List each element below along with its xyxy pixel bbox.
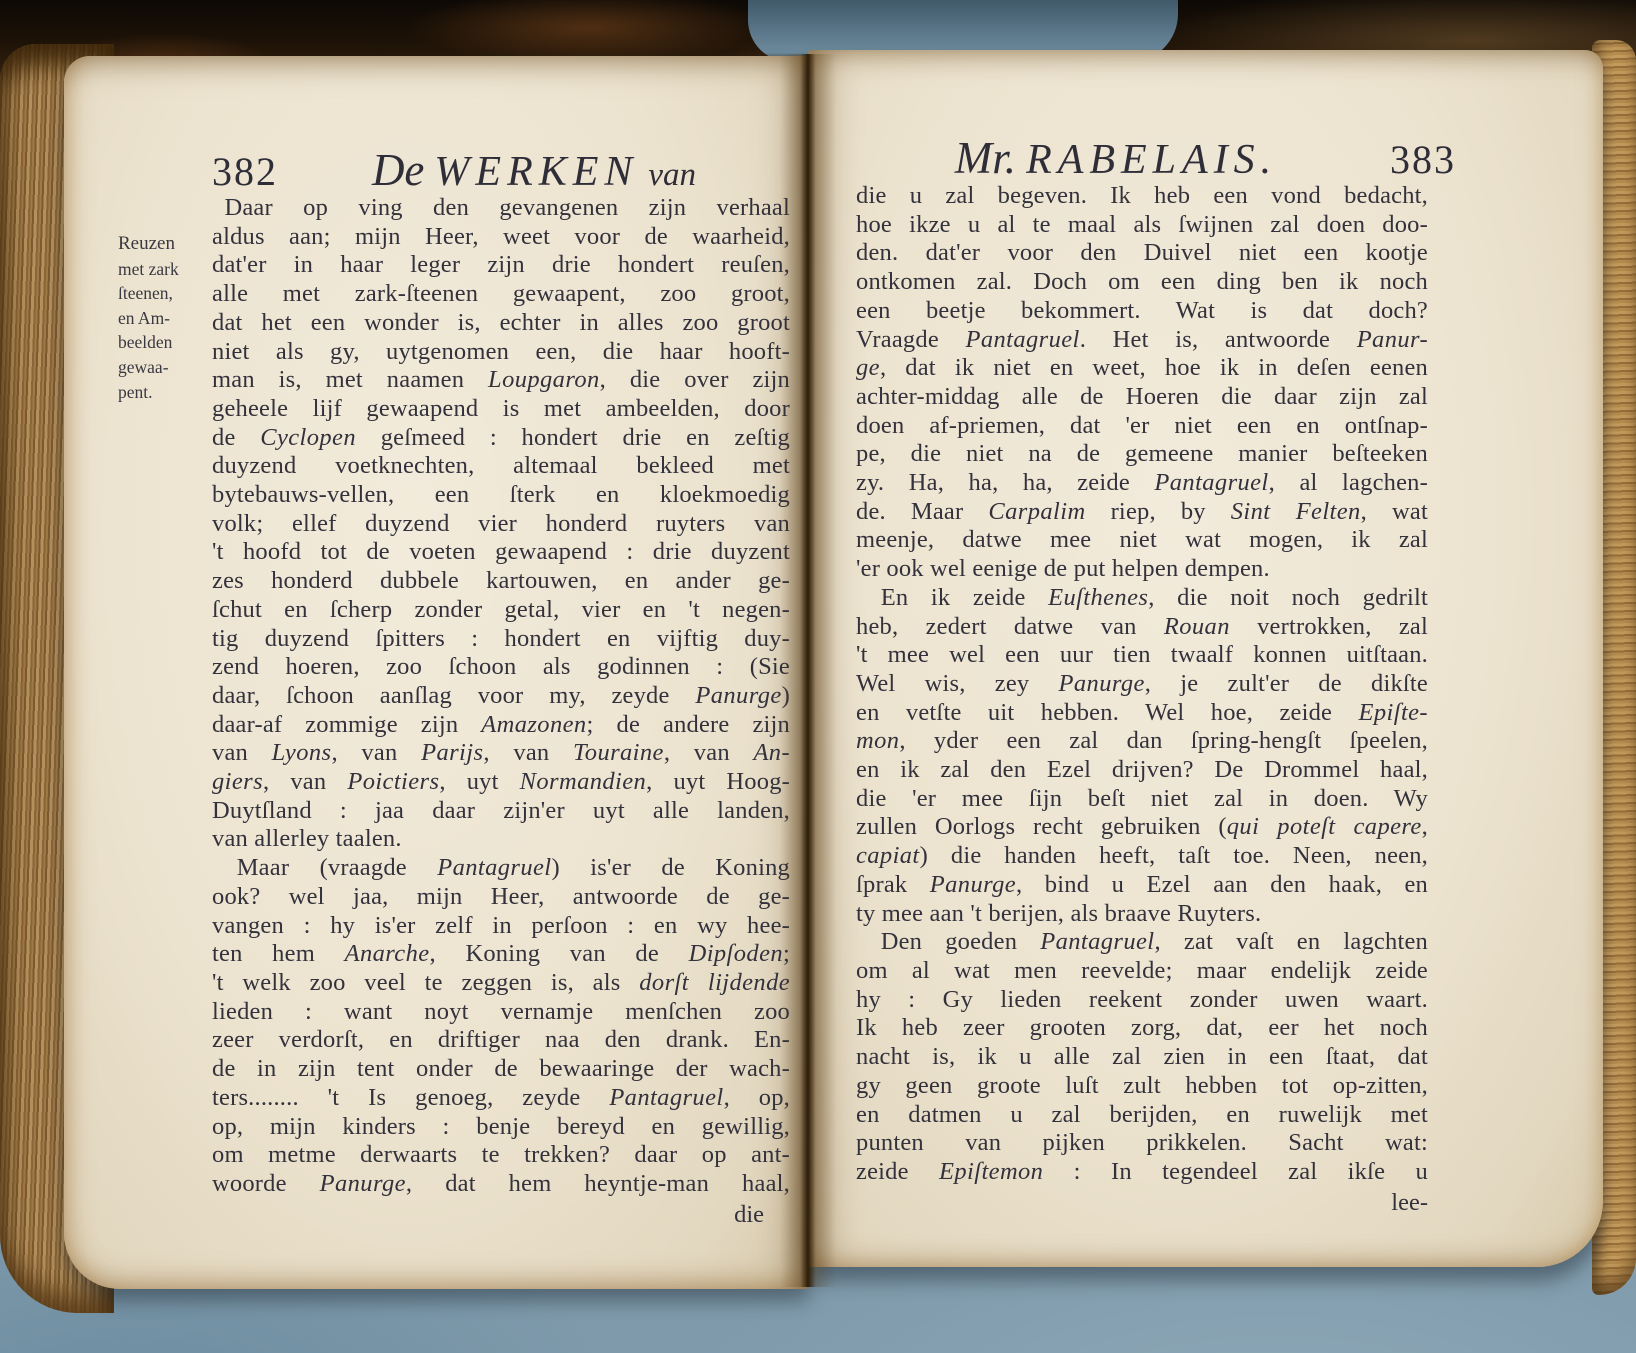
text-line: ters........ 't Is genoeg, zeyde Pantagr… bbox=[212, 1084, 790, 1113]
right-page: Mr. RABELAIS. 383 die u zal begeven. Ik … bbox=[808, 50, 1603, 1267]
text-line: hoe ikze u al te maal als ſwijnen zal do… bbox=[856, 211, 1428, 240]
text-line: mon, yder een zal dan ſpring-hengſt ſpee… bbox=[856, 727, 1428, 756]
left-page-number: 382 bbox=[212, 148, 278, 195]
text-line: daar-af zommige zijn Amazonen; de andere… bbox=[212, 711, 790, 740]
text-line: 't mee wel een uur tien twaalf konnen ui… bbox=[856, 641, 1428, 670]
text-line: en datmen u zal berijden, en ruwelijk me… bbox=[856, 1101, 1428, 1130]
text-line: daar, ſchoon aanſlag voor my, zeyde Panu… bbox=[212, 682, 790, 711]
text-line: en vetſte uit hebben. Wel hoe, zeide Epi… bbox=[856, 699, 1428, 728]
text-line: pe, die niet na de gemeene manier beſtee… bbox=[856, 440, 1428, 469]
right-header-title: Mr. RABELAIS. bbox=[848, 132, 1390, 184]
text-line: die 'er mee ſijn beſt niet zal in doen. … bbox=[856, 785, 1428, 814]
text-line: ſteenen, bbox=[118, 281, 212, 306]
text-line: heb, zedert datwe van Rouan vertrokken, … bbox=[856, 613, 1428, 642]
text-line: zeide Epiſtemon : In tegendeel zal ikſe … bbox=[856, 1158, 1428, 1187]
text-line: 't welk zoo veel te zeggen is, als dorſt… bbox=[212, 969, 790, 998]
text-line: de Cyclopen geſmeed : hondert drie en ze… bbox=[212, 424, 790, 453]
text-line: dat het een wonder is, echter in alles z… bbox=[212, 309, 790, 338]
text-line: de in zijn tent onder de bewaaringe der … bbox=[212, 1055, 790, 1084]
text-line: lieden : want noyt vernamje menſchen zoo bbox=[212, 998, 790, 1027]
text-line: hy : Gy lieden reekent zonder uwen waart… bbox=[856, 986, 1428, 1015]
text-line: niet als gy, uytgenomen een, die haar ho… bbox=[212, 338, 790, 367]
text-line: alle met zark-ſteenen gewaapent, zoo gro… bbox=[212, 280, 790, 309]
text-line: zeer verdorſt, en driftiger naa den dran… bbox=[212, 1026, 790, 1055]
text-line: Vraagde Pantagruel. Het is, antwoorde Pa… bbox=[856, 326, 1428, 355]
text-line: zullen Oorlogs recht gebruiken (qui pote… bbox=[856, 813, 1428, 842]
text-line: 't hoofd tot de voeten gewaapend : drie … bbox=[212, 538, 790, 567]
text-line: ontkomen zal. Doch om een ding ben ik no… bbox=[856, 268, 1428, 297]
text-line: die u zal begeven. Ik heb een vond bedac… bbox=[856, 182, 1428, 211]
text-line: bytebauws-vellen, een ſterk en kloekmoed… bbox=[212, 481, 790, 510]
text-line: nacht is, ik u alle zal zien in een ſtaa… bbox=[856, 1043, 1428, 1072]
left-catchword: die bbox=[212, 1200, 790, 1230]
text-line: een beetje bekommert. Wat is dat doch? bbox=[856, 297, 1428, 326]
right-catchword: lee- bbox=[856, 1188, 1532, 1218]
text-line: Reuzen bbox=[118, 232, 212, 257]
text-line: beelden bbox=[118, 330, 212, 355]
text-line: op, mijn kinders : benje bereyd en gewil… bbox=[212, 1113, 790, 1142]
text-line: ſchut en ſcherp zonder getal, vier en 't… bbox=[212, 596, 790, 625]
text-line: gy geen groote luſt zult hebben tot op-z… bbox=[856, 1072, 1428, 1101]
text-line: zend hoeren, zoo ſchoon als godinnen : (… bbox=[212, 653, 790, 682]
text-line: zy. Ha, ha, ha, zeide Pantagruel, al lag… bbox=[856, 469, 1428, 498]
text-line: aldus aan; mijn Heer, weet voor de waarh… bbox=[212, 223, 790, 252]
text-line: Wel wis, zey Panurge, je zult'er de dikſ… bbox=[856, 670, 1428, 699]
right-page-number: 383 bbox=[1390, 136, 1456, 183]
text-line: 'er ook wel eenige de put helpen dempen. bbox=[856, 555, 1428, 584]
right-running-header: Mr. RABELAIS. 383 bbox=[848, 132, 1456, 184]
book-gutter bbox=[780, 54, 836, 1287]
left-text-column: Daar op ving den gevangenen zijn verhaal… bbox=[212, 194, 790, 1199]
text-line: vangen : hy is'er zelf in perſoon : en w… bbox=[212, 912, 790, 941]
text-line: ge, dat ik niet en weet, hoe ik in deſen… bbox=[856, 354, 1428, 383]
text-line: zes honderd dubbele kartouwen, en ander … bbox=[212, 567, 790, 596]
text-line: gewaa- bbox=[118, 355, 212, 380]
text-line: meenje, datwe mee niet wat mogen, ik zal bbox=[856, 526, 1428, 555]
text-line: van allerley taalen. bbox=[212, 825, 790, 854]
text-line: En ik zeide Euſthenes, die noit noch ged… bbox=[856, 584, 1428, 613]
text-line: ook? wel jaa, mijn Heer, antwoorde de ge… bbox=[212, 883, 790, 912]
text-line: achter-middag alle de Hoeren die daar zi… bbox=[856, 383, 1428, 412]
text-line: Ik heb zeer grooten zorg, dat, eer het n… bbox=[856, 1014, 1428, 1043]
text-line: Den goeden Pantagruel, zat vaſt en lagch… bbox=[856, 928, 1428, 957]
left-page: 382 De WERKEN van Reuzenmet zarkſteenen,… bbox=[64, 56, 808, 1289]
text-line: capiat) die handen heeft, taſt toe. Neen… bbox=[856, 842, 1428, 871]
left-header-title: De WERKEN van bbox=[278, 144, 790, 196]
text-line: van Lyons, van Parijs, van Touraine, van… bbox=[212, 739, 790, 768]
text-line: den. dat'er voor den Duivel niet een koo… bbox=[856, 239, 1428, 268]
text-line: en ik zal den Ezel drijven? De Drommel h… bbox=[856, 756, 1428, 785]
text-line: de. Maar Carpalim riep, by Sint Felten, … bbox=[856, 498, 1428, 527]
text-line: geheele lijf gewaapend is met ambeelden,… bbox=[212, 395, 790, 424]
text-line: woorde Panurge, dat hem heyntje-man haal… bbox=[212, 1170, 790, 1199]
text-line: duyzend voetknechten, altemaal bekleed m… bbox=[212, 452, 790, 481]
text-line: om al wat men reevelde; maar endelijk ze… bbox=[856, 957, 1428, 986]
text-line: Maar (vraagde Pantagruel) is'er de Konin… bbox=[212, 854, 790, 883]
text-line: volk; ellef duyzend vier honderd ruyters… bbox=[212, 510, 790, 539]
text-line: punten van pijken prikkelen. Sacht wat: bbox=[856, 1129, 1428, 1158]
text-line: tig duyzend ſpitters : hondert en vijfti… bbox=[212, 625, 790, 654]
left-running-header: 382 De WERKEN van bbox=[212, 144, 790, 196]
text-line: ten hem Anarche, Koning van de Dipſoden; bbox=[212, 940, 790, 969]
text-line: ſprak Panurge, bind u Ezel aan den haak,… bbox=[856, 871, 1428, 900]
text-line: en Am- bbox=[118, 306, 212, 331]
text-line: om metme derwaarts te trekken? daar op a… bbox=[212, 1141, 790, 1170]
text-line: Daar op ving den gevangenen zijn verhaal bbox=[212, 194, 790, 223]
text-line: pent. bbox=[118, 380, 212, 405]
text-line: dat'er in haar leger zijn drie hondert r… bbox=[212, 251, 790, 280]
text-line: doen af-priemen, dat 'er niet een en ont… bbox=[856, 412, 1428, 441]
text-line: man is, met naamen Loupgaron, die over z… bbox=[212, 366, 790, 395]
text-line: met zark bbox=[118, 257, 212, 282]
text-line: Duytſland : jaa daar zijn'er uyt alle la… bbox=[212, 797, 790, 826]
text-line: giers, van Poictiers, uyt Normandien, uy… bbox=[212, 768, 790, 797]
text-line: ty mee aan 't berijen, als braave Ruyter… bbox=[856, 900, 1428, 929]
right-text-column: die u zal begeven. Ik heb een vond bedac… bbox=[856, 182, 1428, 1187]
book-photo: 382 De WERKEN van Reuzenmet zarkſteenen,… bbox=[0, 0, 1636, 1353]
margin-note: Reuzenmet zarkſteenen,en Am-beeldengewaa… bbox=[118, 232, 212, 404]
